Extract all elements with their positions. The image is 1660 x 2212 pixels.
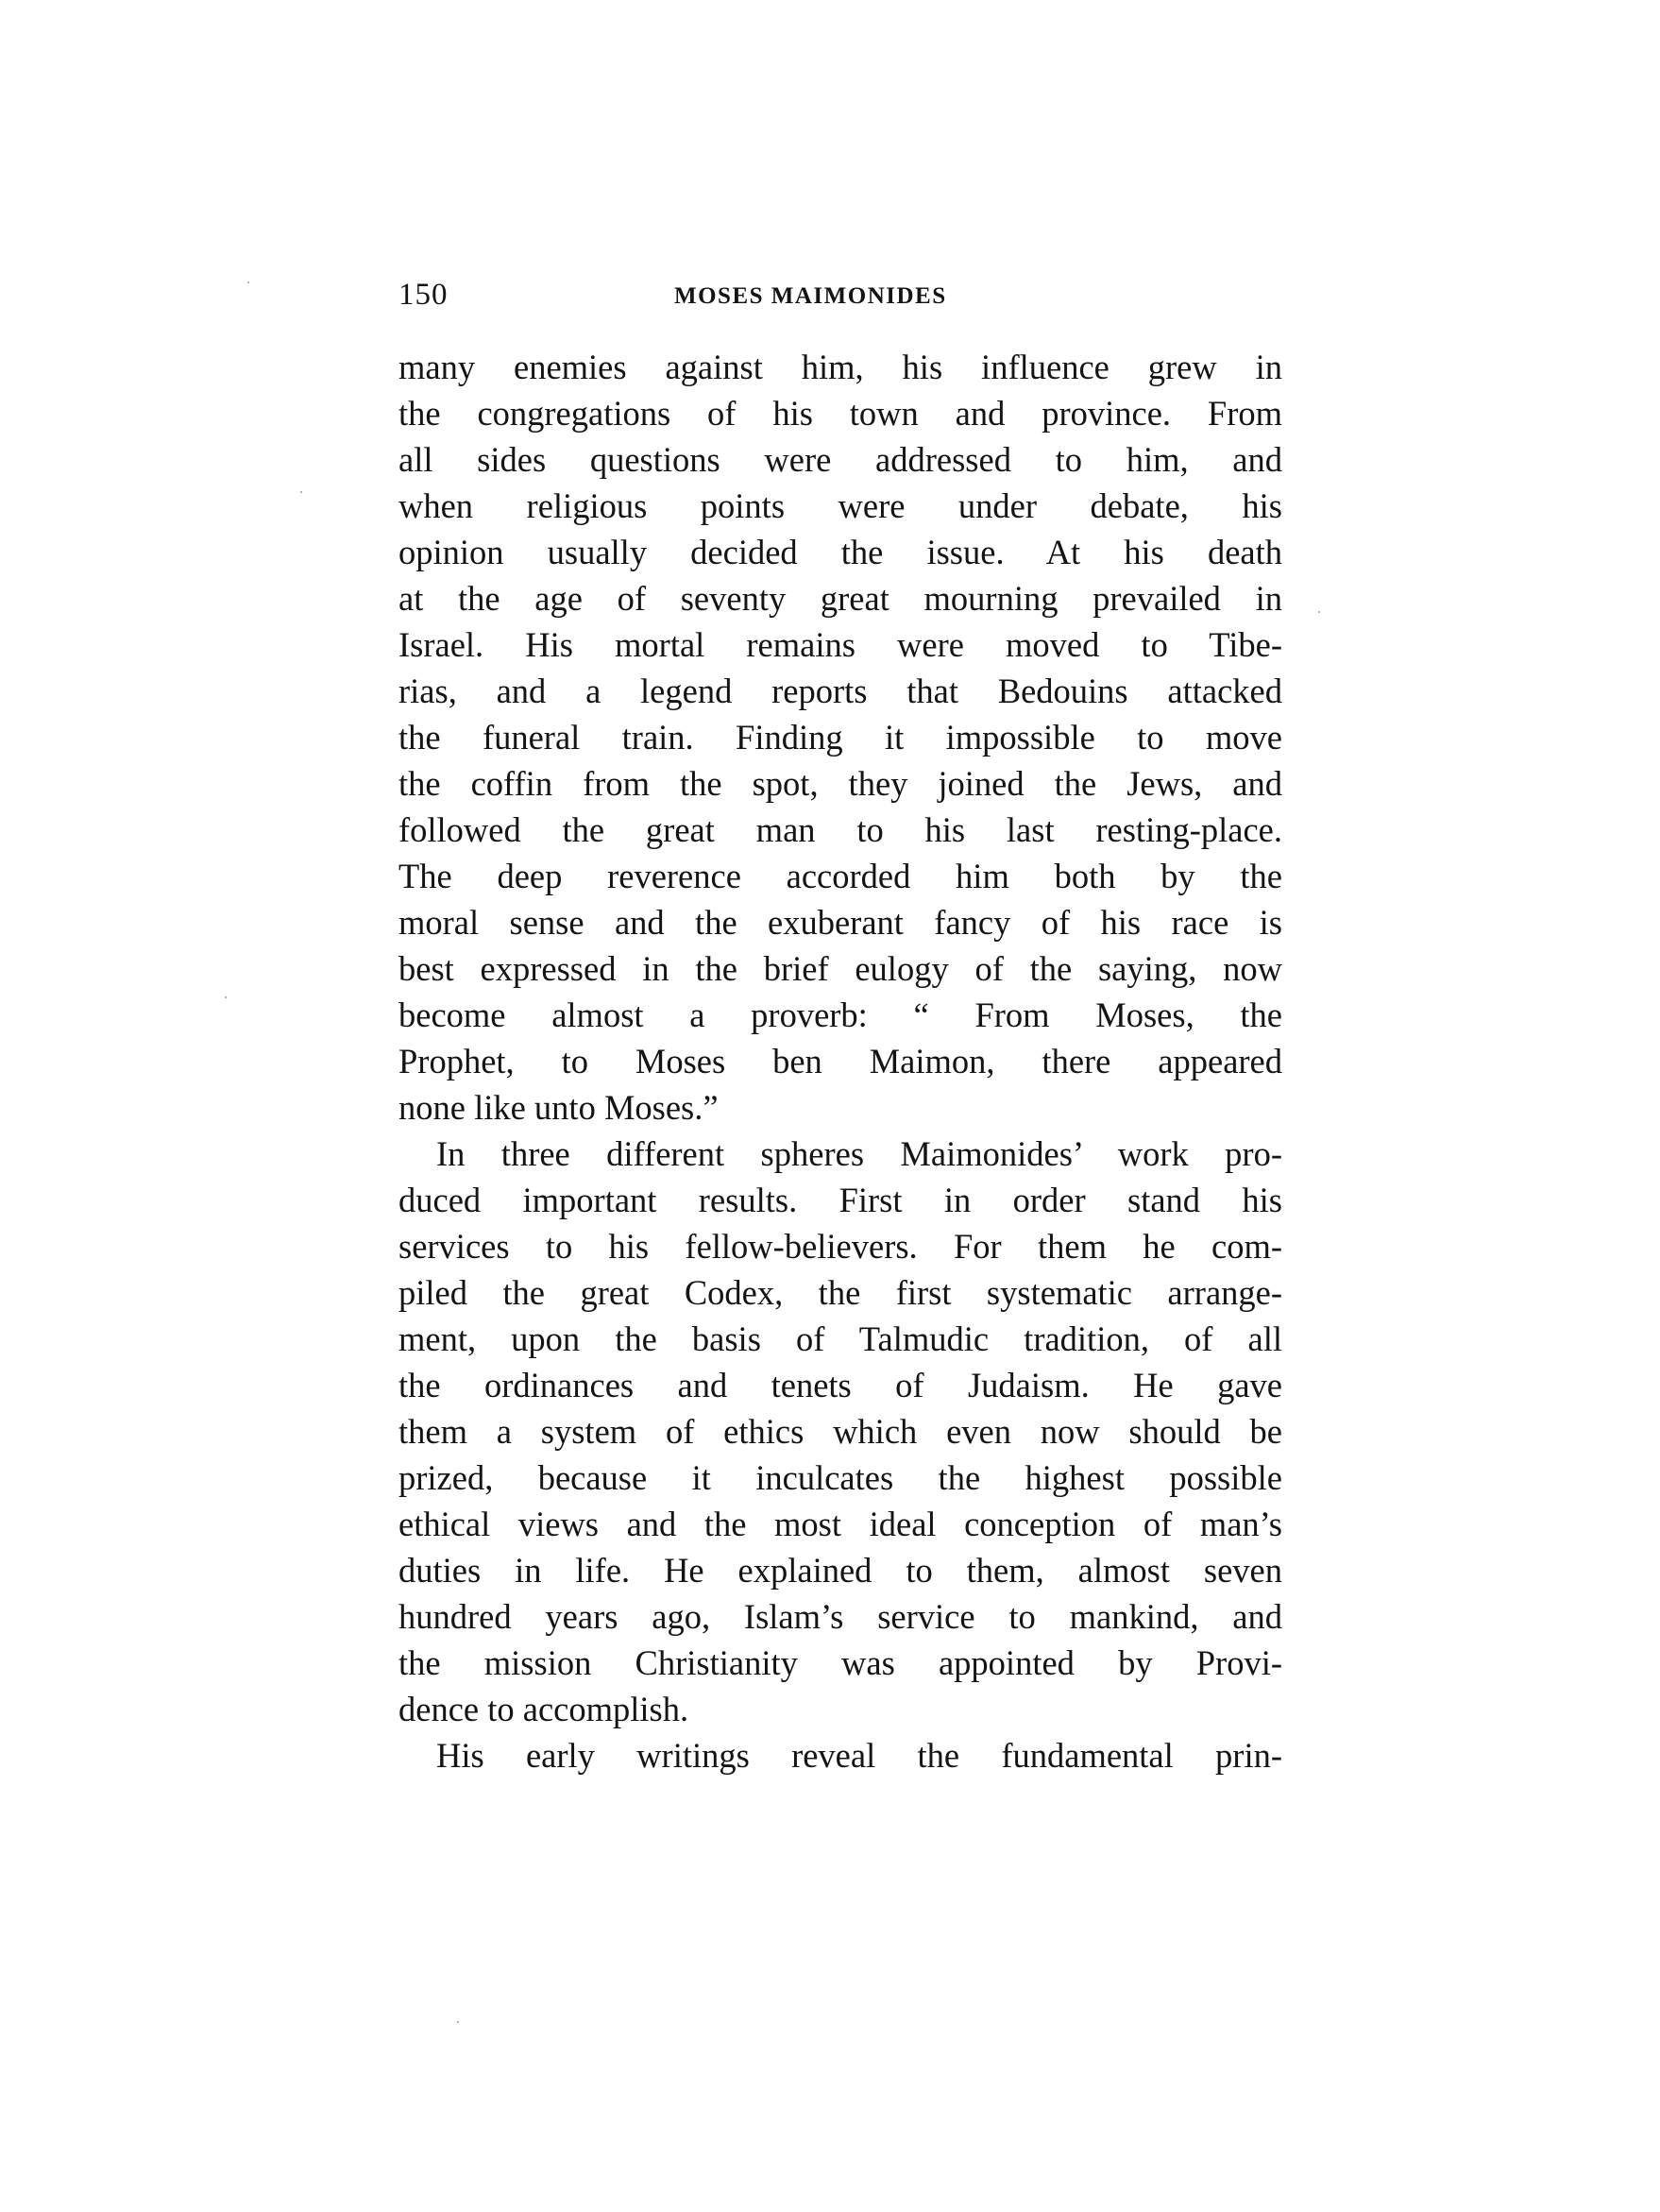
text-line: the congregations of his town and provin…	[398, 390, 1282, 436]
book-page: 150 MOSES MAIMONIDES many enemies agains…	[0, 0, 1660, 2212]
text-line: opinion usually decided the issue. At hi…	[398, 529, 1282, 575]
text-line: Israel. His mortal remains were moved to…	[398, 621, 1282, 668]
text-line: dence to accomplish.	[398, 1686, 1282, 1732]
text-line: the funeral train. Finding it impossible…	[398, 714, 1282, 760]
text-line: prized, because it inculcates the highes…	[398, 1455, 1282, 1501]
scan-speck	[457, 2021, 459, 2023]
text-line: The deep reverence accorded him both by …	[398, 853, 1282, 899]
text-line: them a system of ethics which even now s…	[398, 1408, 1282, 1455]
scan-speck	[225, 996, 227, 998]
running-title: MOSES MAIMONIDES	[674, 278, 947, 315]
text-line: services to his fellow-believers. For th…	[398, 1223, 1282, 1269]
text-line: the mission Christianity was appointed b…	[398, 1640, 1282, 1686]
text-line: ethical views and the most ideal concept…	[398, 1501, 1282, 1547]
text-line: duties in life. He explained to them, al…	[398, 1547, 1282, 1593]
running-head: 150 MOSES MAIMONIDES	[398, 276, 1282, 314]
scan-speck	[300, 491, 302, 493]
text-line: become almost a proverb: “ From Moses, t…	[398, 992, 1282, 1038]
text-line: the ordinances and tenets of Judaism. He…	[398, 1362, 1282, 1408]
text-line: at the age of seventy great mourning pre…	[398, 575, 1282, 621]
text-line: moral sense and the exuberant fancy of h…	[398, 899, 1282, 945]
body-text: many enemies against him, his influence …	[398, 344, 1282, 1778]
paragraph-first-line: His early writings reveal the fundamenta…	[398, 1732, 1282, 1778]
text-line: best expressed in the brief eulogy of th…	[398, 945, 1282, 992]
paragraph-first-line: In three different spheres Maimonides’ w…	[398, 1131, 1282, 1177]
text-line: none like unto Moses.”	[398, 1084, 1282, 1131]
text-line: duced important results. First in order …	[398, 1177, 1282, 1223]
page-number: 150	[398, 276, 449, 314]
text-line: followed the great man to his last resti…	[398, 807, 1282, 853]
text-line: Prophet, to Moses ben Maimon, there appe…	[398, 1038, 1282, 1084]
text-line: piled the great Codex, the first systema…	[398, 1269, 1282, 1316]
text-line: when religious points were under debate,…	[398, 483, 1282, 529]
scan-speck	[1318, 611, 1320, 613]
text-line: rias, and a legend reports that Bedouins…	[398, 668, 1282, 714]
text-line: the coffin from the spot, they joined th…	[398, 760, 1282, 807]
text-line: many enemies against him, his influence …	[398, 344, 1282, 390]
text-line: all sides questions were addressed to hi…	[398, 436, 1282, 483]
text-line: ment, upon the basis of Talmudic traditi…	[398, 1316, 1282, 1362]
text-line: hundred years ago, Islam’s service to ma…	[398, 1593, 1282, 1640]
scan-speck	[247, 281, 249, 283]
